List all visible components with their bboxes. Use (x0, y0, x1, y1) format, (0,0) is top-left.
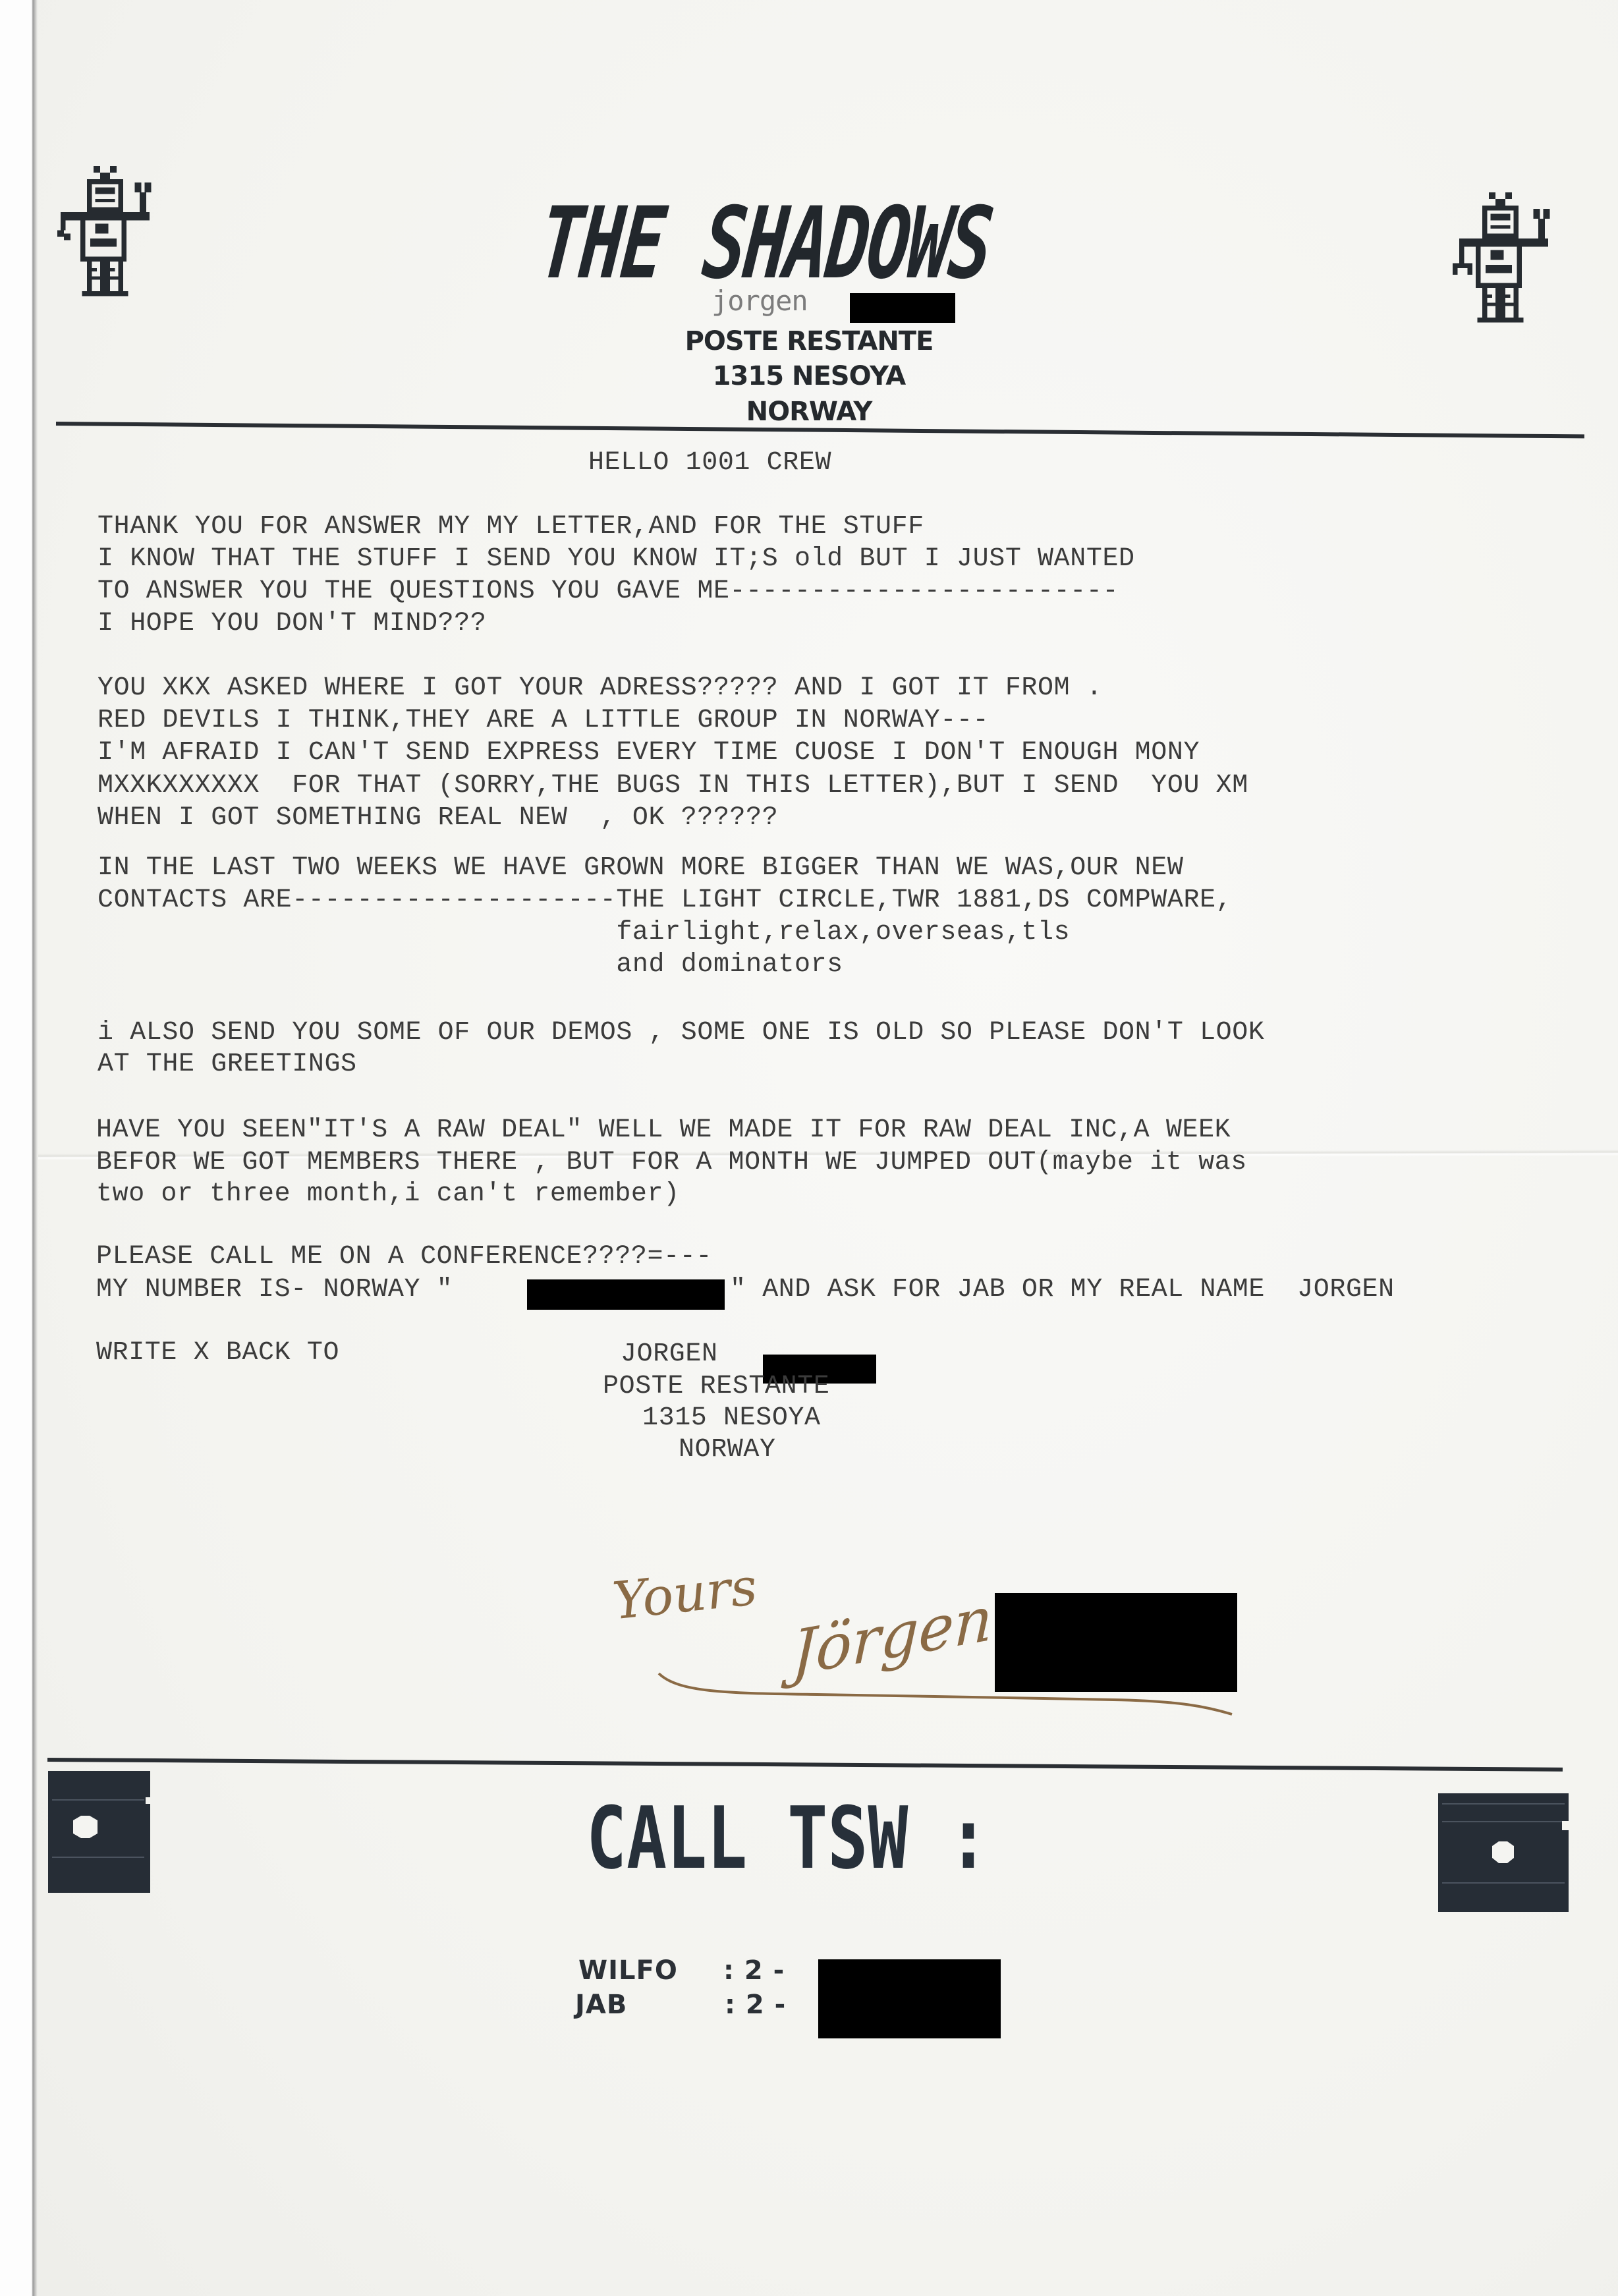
header-address-line-2: 1315 NESOYA (0, 361, 1618, 391)
floppy-disk-icon (1438, 1793, 1570, 1912)
text-line: IN THE LAST TWO WEEKS WE HAVE GROWN MORE… (98, 852, 1183, 884)
group-logo-title: THE SHADOWS (535, 191, 935, 296)
return-address-line: NORWAY (679, 1434, 776, 1466)
robot-icon (54, 166, 166, 298)
redaction-box (527, 1279, 725, 1310)
header-address-line-3: NORWAY (0, 397, 1618, 427)
text-line: BEFOR WE GOT MEMBERS THERE , BUT FOR A M… (96, 1146, 1247, 1179)
return-address-line: 1315 NESOYA (642, 1402, 821, 1434)
text-line: two or three month,i can't remember) (96, 1178, 680, 1210)
footer-title: CALL TSW : (586, 1789, 915, 1888)
header-address-line-1: POSTE RESTANTE (0, 326, 1618, 356)
text-line: I KNOW THAT THE STUFF I SEND YOU KNOW IT… (98, 543, 1135, 575)
redaction-box (850, 293, 955, 323)
text-line: WHEN I GOT SOMETHING REAL NEW , OK ?????… (98, 802, 778, 834)
write-back-label: WRITE X BACK TO (96, 1337, 339, 1369)
floppy-disk-icon (48, 1771, 152, 1893)
text-line: I'M AFRAID I CAN'T SEND EXPRESS EVERY TI… (98, 737, 1200, 769)
text-line: fairlight,relax,overseas,tls (98, 916, 1070, 949)
phone-entry-prefix: : 2 - (723, 1955, 785, 1986)
phone-number-line-end: " AND ASK FOR JAB OR MY REAL NAME JORGEN (730, 1274, 1395, 1306)
text-line: i ALSO SEND YOU SOME OF OUR DEMOS , SOME… (98, 1017, 1264, 1049)
phone-number-line-start: MY NUMBER IS- NORWAY " (96, 1274, 453, 1306)
text-line: I HOPE YOU DON'T MIND??? (98, 607, 487, 640)
text-line: YOU XKX ASKED WHERE I GOT YOUR ADRESS???… (98, 672, 1102, 704)
text-line: MXXKXXXXXX FOR THAT (SORRY,THE BUGS IN T… (98, 770, 1248, 802)
text-line: HAVE YOU SEEN"IT'S A RAW DEAL" WELL WE M… (96, 1114, 1231, 1146)
text-line: PLEASE CALL ME ON A CONFERENCE????=--- (96, 1241, 712, 1273)
redaction-box (818, 1959, 1001, 2038)
text-line: AT THE GREETINGS (98, 1048, 357, 1080)
robot-icon (1449, 192, 1561, 324)
text-line: TO ANSWER YOU THE QUESTIONS YOU GAVE ME-… (98, 575, 1119, 607)
text-line: and dominators (98, 949, 843, 981)
return-address-line: JORGEN (621, 1338, 718, 1370)
greeting: HELLO 1001 CREW (588, 447, 831, 479)
sender-name: jorgen (711, 285, 808, 317)
phone-entry-prefix: : 2 - (725, 1990, 786, 2020)
return-address-line: POSTE RESTANTE (603, 1370, 829, 1403)
phone-entry-name: JAB (575, 1990, 627, 2020)
text-line: RED DEVILS I THINK,THEY ARE A LITTLE GRO… (98, 704, 989, 737)
phone-entry-name: WILFO (578, 1955, 678, 1986)
text-line: THANK YOU FOR ANSWER MY MY LETTER,AND FO… (98, 511, 924, 543)
redaction-box (995, 1593, 1237, 1692)
text-line: CONTACTS ARE--------------------THE LIGH… (98, 884, 1232, 916)
